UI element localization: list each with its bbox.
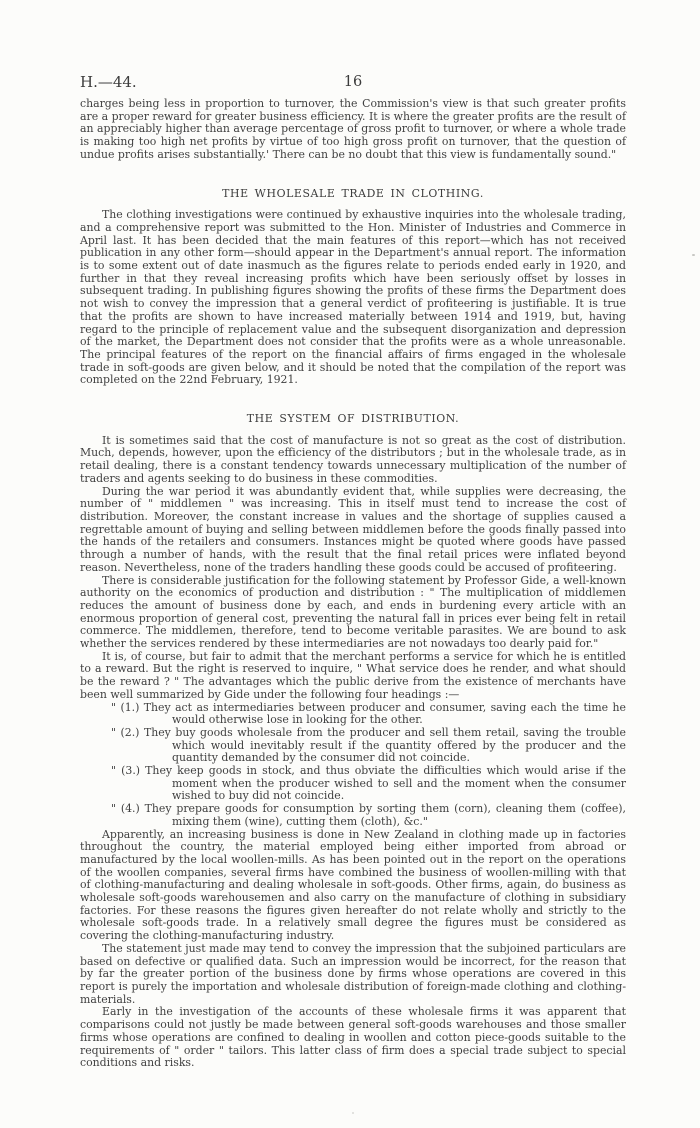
scan-speck [352, 1112, 354, 1114]
paragraph-professor-gide-quote: There is considerable justification for … [80, 575, 626, 651]
list-item-4: " (4.) They prepare goods for consumptio… [80, 803, 626, 828]
paragraph-distribution-cost: It is sometimes said that the cost of ma… [80, 435, 626, 486]
paragraph-early-investigation: Early in the investigation of the accoun… [80, 1006, 626, 1070]
running-header: H.—44. 16 [80, 73, 626, 91]
list-item-1: " (1.) They act as intermediaries betwee… [80, 702, 626, 727]
paragraph-wholesale-report: The clothing investigations were continu… [80, 209, 626, 387]
paragraph-merchant-service: It is, of course, but fair to admit that… [80, 651, 626, 702]
heading-system-of-distribution: THE SYSTEM OF DISTRIBUTION. [80, 413, 626, 426]
scan-speck [692, 254, 695, 256]
list-item-3: " (3.) They keep goods in stock, and thu… [80, 765, 626, 803]
gide-four-headings-list: " (1.) They act as intermediaries betwee… [80, 702, 626, 829]
paragraph-subjoined-particulars: The statement just made may tend to conv… [80, 943, 626, 1007]
scanned-report-page: H.—44. 16 charges being less in proporti… [0, 0, 700, 1128]
paragraph-new-zealand-clothing: Apparently, an increasing business is do… [80, 829, 626, 943]
page-content: H.—44. 16 charges being less in proporti… [80, 73, 626, 1070]
heading-wholesale-trade: THE WHOLESALE TRADE IN CLOTHING. [80, 188, 626, 201]
page-number: 16 [80, 74, 626, 90]
paragraph-continuation: charges being less in proportion to turn… [80, 98, 626, 162]
paragraph-war-period-middlemen: During the war period it was abundantly … [80, 486, 626, 575]
page-body: charges being less in proportion to turn… [80, 98, 626, 1070]
list-item-2: " (2.) They buy goods wholesale from the… [80, 727, 626, 765]
